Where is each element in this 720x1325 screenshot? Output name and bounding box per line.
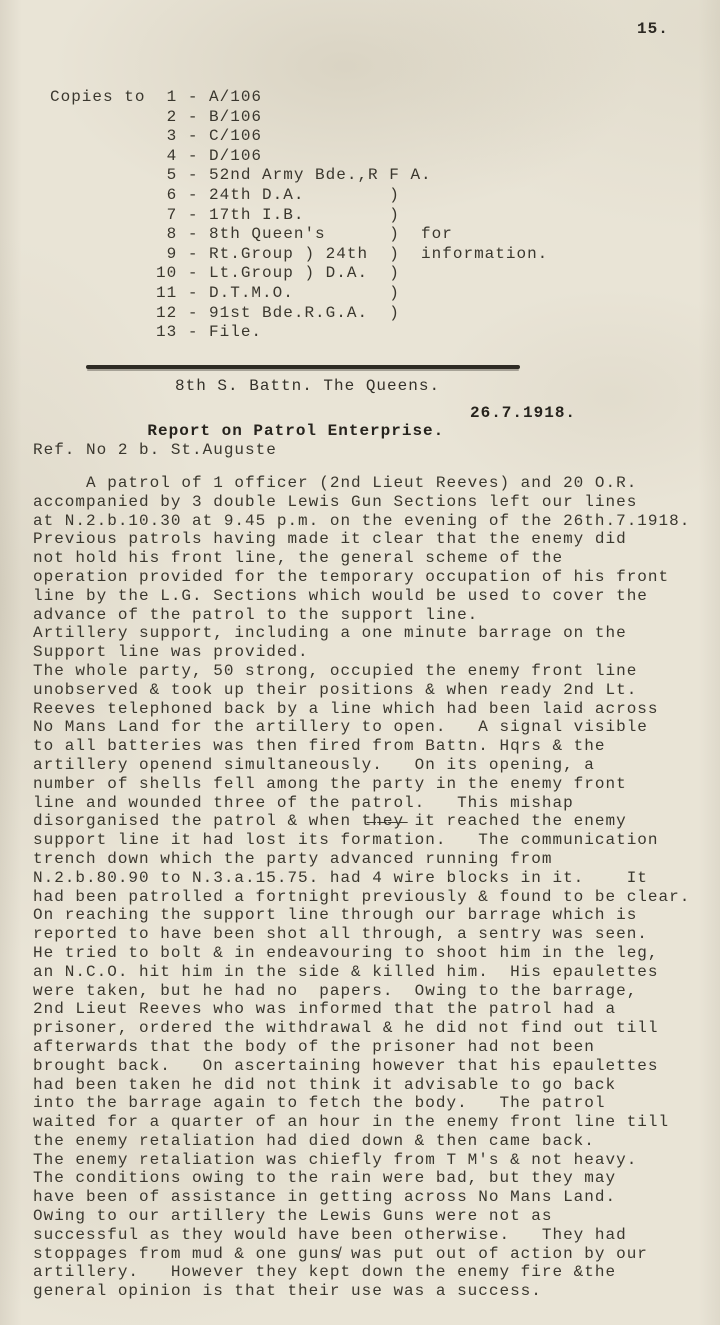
- report-body-line: had been patrolled a fortnight previousl…: [33, 888, 690, 907]
- report-body-line: waited for a quarter of an hour in the e…: [33, 1113, 690, 1132]
- report-body-line: The whole party, 50 strong, occupied the…: [33, 662, 690, 681]
- report-body-line: had been taken he did not think it advis…: [33, 1076, 690, 1095]
- report-body-line: line and wounded three of the patrol. Th…: [33, 794, 690, 813]
- report-body-line: not hold his front line, the general sch…: [33, 549, 690, 568]
- report-body-line: advance of the patrol to the support lin…: [33, 606, 690, 625]
- report-body-line: disorganised the patrol & when t̶h̶e̶y̶ …: [33, 812, 690, 831]
- page-number: 15.: [637, 20, 669, 38]
- report-body-line: He tried to bolt & in endeavouring to sh…: [33, 944, 690, 963]
- report-body-line: accompanied by 3 double Lewis Gun Sectio…: [33, 493, 690, 512]
- report-body-line: stoppages from mud & one guns̸ was put o…: [33, 1245, 690, 1264]
- document-page: 15. Copies to 1 - A/106 2 - B/106 3 - C/…: [0, 0, 720, 1325]
- report-body-line: prisoner, ordered the withdrawal & he di…: [33, 1019, 690, 1038]
- distribution-list: Copies to 1 - A/106 2 - B/106 3 - C/106 …: [50, 88, 548, 343]
- distribution-list-line: 5 - 52nd Army Bde.,R F A.: [50, 166, 548, 186]
- distribution-list-line: 12 - 91st Bde.R.G.A. ): [50, 304, 548, 324]
- report-body-line: Artillery support, including a one minut…: [33, 624, 690, 643]
- report-body-line: operation provided for the temporary occ…: [33, 568, 690, 587]
- distribution-list-line: 11 - D.T.M.O. ): [50, 284, 548, 304]
- report-body-line: an N.C.O. hit him in the side & killed h…: [33, 963, 690, 982]
- report-body-line: Previous patrols having made it clear th…: [33, 530, 690, 549]
- report-body-line: number of shells fell among the party in…: [33, 775, 690, 794]
- distribution-list-line: 8 - 8th Queen's ) for: [50, 225, 548, 245]
- report-body-line: into the barrage again to fetch the body…: [33, 1094, 690, 1113]
- report-title: Report on Patrol Enterprise.: [147, 422, 444, 440]
- report-body: A patrol of 1 officer (2nd Lieut Reeves)…: [33, 474, 690, 1301]
- report-body-line: were taken, but he had no papers. Owing …: [33, 982, 690, 1001]
- report-body-line: support line it had lost its formation. …: [33, 831, 690, 850]
- report-body-line: A patrol of 1 officer (2nd Lieut Reeves)…: [33, 474, 690, 493]
- report-body-line: unobserved & took up their positions & w…: [33, 681, 690, 700]
- report-body-line: The conditions owing to the rain were ba…: [33, 1169, 690, 1188]
- distribution-list-line: Copies to 1 - A/106: [50, 88, 548, 108]
- report-title-line: Report on Patrol Enterprise. 26.7.1918.: [105, 404, 444, 476]
- report-body-line: Reeves telephoned back by a line which h…: [33, 700, 690, 719]
- distribution-list-line: 7 - 17th I.B. ): [50, 206, 548, 226]
- report-body-line: afterwards that the body of the prisoner…: [33, 1038, 690, 1057]
- report-body-line: brought back. On ascertaining however th…: [33, 1057, 690, 1076]
- battalion-title: 8th S. Battn. The Queens.: [175, 377, 440, 395]
- report-body-line: On reaching the support line through our…: [33, 906, 690, 925]
- report-body-line: Owing to our artillery the Lewis Guns we…: [33, 1207, 690, 1226]
- distribution-list-line: 13 - File.: [50, 323, 548, 343]
- distribution-list-line: 2 - B/106: [50, 108, 548, 128]
- report-body-line: artillery openend simultaneously. On its…: [33, 756, 690, 775]
- heading-rule: [86, 365, 520, 369]
- report-body-line: line by the L.G. Sections which would be…: [33, 587, 690, 606]
- distribution-list-line: 9 - Rt.Group ) 24th ) information.: [50, 245, 548, 265]
- distribution-list-line: 6 - 24th D.A. ): [50, 186, 548, 206]
- report-body-line: Support line was provided.: [33, 643, 690, 662]
- report-body-line: successful as they would have been other…: [33, 1226, 690, 1245]
- report-body-line: at N.2.b.10.30 at 9.45 p.m. on the eveni…: [33, 512, 690, 531]
- report-body-line: No Mans Land for the artillery to open. …: [33, 718, 690, 737]
- distribution-list-line: 10 - Lt.Group ) D.A. ): [50, 264, 548, 284]
- report-body-line: trench down which the party advanced run…: [33, 850, 690, 869]
- report-body-line: N.2.b.80.90 to N.3.a.15.75. had 4 wire b…: [33, 869, 690, 888]
- report-body-line: general opinion is that their use was a …: [33, 1282, 690, 1301]
- report-body-line: artillery. However they kept down the en…: [33, 1263, 690, 1282]
- report-body-line: reported to have been shot all through, …: [33, 925, 690, 944]
- distribution-list-line: 3 - C/106: [50, 127, 548, 147]
- report-date: 26.7.1918.: [470, 404, 576, 422]
- reference-line: Ref. No 2 b. St.Auguste: [33, 441, 277, 459]
- report-body-line: the enemy retaliation had died down & th…: [33, 1132, 690, 1151]
- distribution-list-line: 4 - D/106: [50, 147, 548, 167]
- report-body-line: to all batteries was then fired from Bat…: [33, 737, 690, 756]
- report-body-line: The enemy retaliation was chiefly from T…: [33, 1151, 690, 1170]
- report-body-line: 2nd Lieut Reeves who was informed that t…: [33, 1000, 690, 1019]
- report-body-line: have been of assistance in getting acros…: [33, 1188, 690, 1207]
